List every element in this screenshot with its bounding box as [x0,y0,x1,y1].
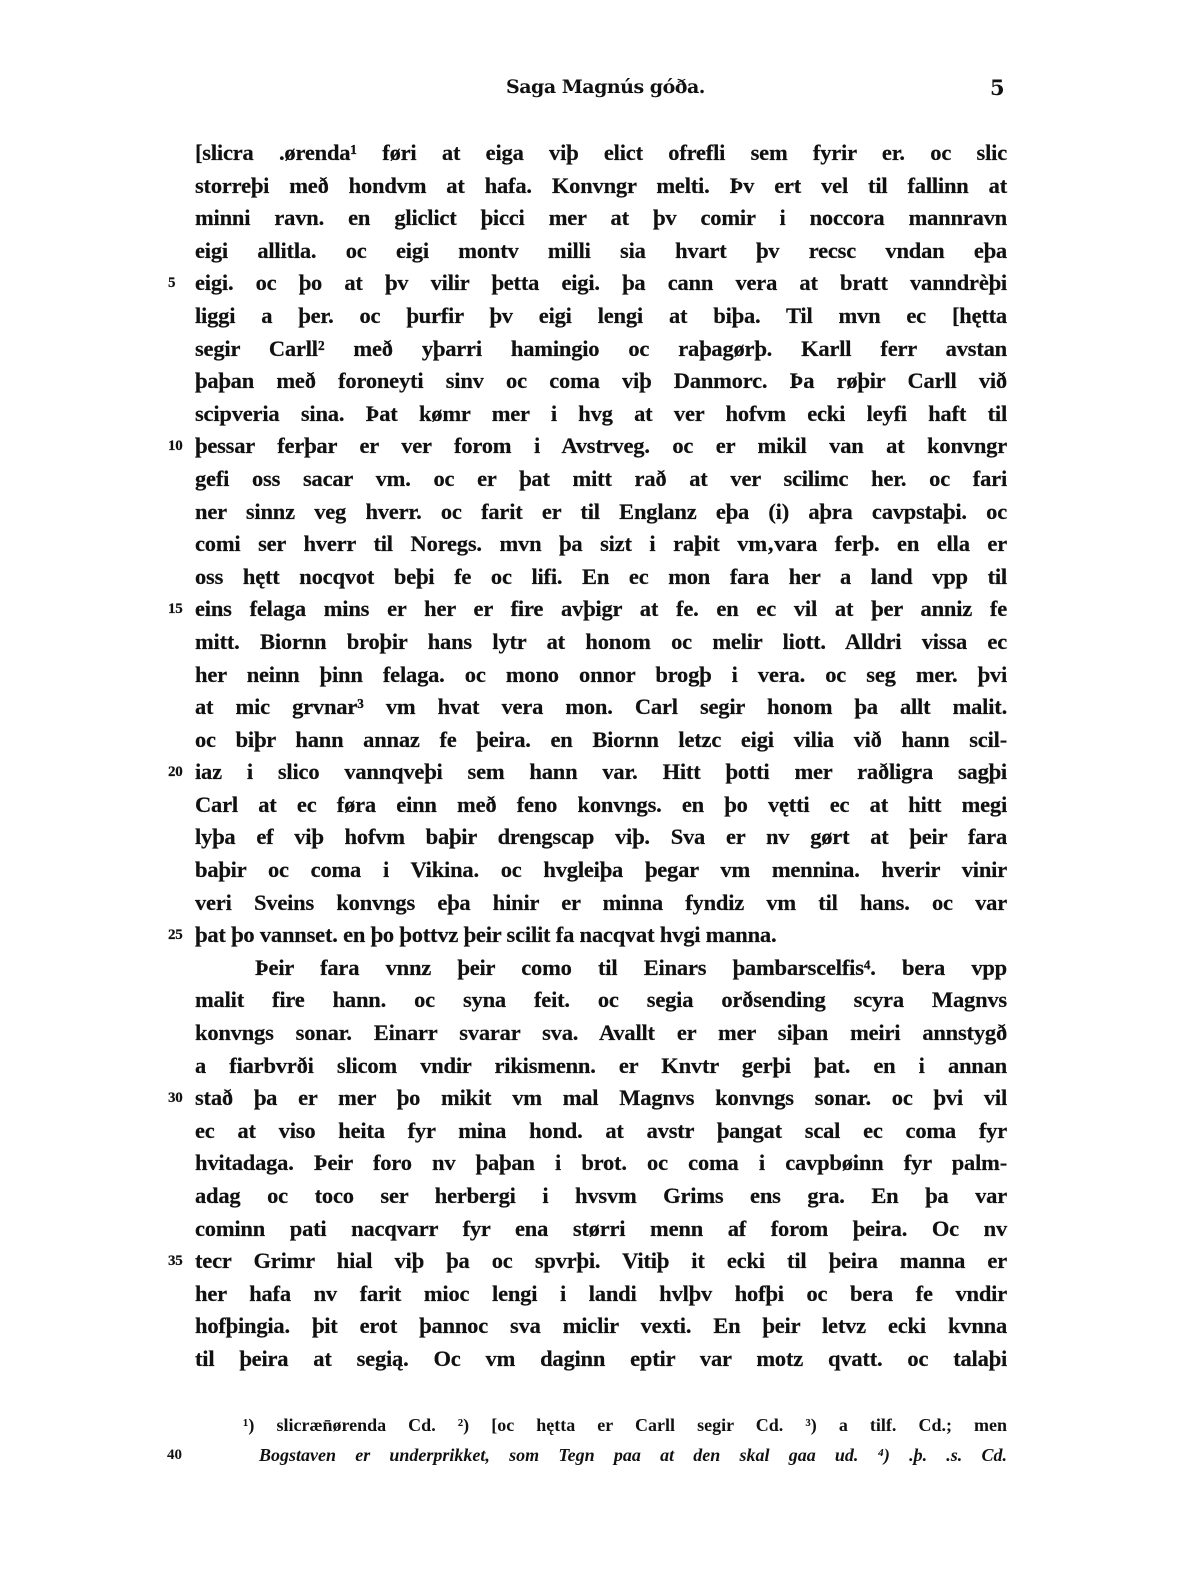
text-line: her neinn þinn felaga. oc mono onnor bro… [195,659,1007,692]
footnotes: ¹) slicræn̄ørenda Cd. ²) [oc hętta er Ca… [195,1410,1007,1470]
text-line: liggi a þer. oc þurfir þv eigi lengi at … [195,300,1007,333]
line-text: her hafa nv farit mioc lengi i landi hvl… [195,1281,1007,1306]
text-line: 35tecr Grimr hial viþ þa oc spvrþi. Viti… [195,1245,1007,1278]
text-line: scipveria sina. Þat kømr mer i hvg at ve… [195,398,1007,431]
line-text: gefi oss sacar vm. oc er þat mitt rað at… [195,466,1007,491]
text-line: 30stað þa er mer þo mikit vm mal Magnvs … [195,1082,1007,1115]
line-text: iaz i slico vannqveþi sem hann var. Hitt… [195,759,1007,784]
text-line: comi ser hverr til Noregs. mvn þa sizt i… [195,528,1007,561]
line-text: eigi. oc þo at þv vilir þetta eigi. þa c… [195,270,1007,295]
page-number: 5 [990,75,1005,100]
line-text: til þeira at segią. Oc vm daginn eptir v… [195,1346,1007,1371]
line-text: scipveria sina. Þat kømr mer i hvg at ve… [195,401,1007,426]
text-line: Carl at ec føra einn með feno konvngs. e… [195,789,1007,822]
line-text: liggi a þer. oc þurfir þv eigi lengi at … [195,303,1007,328]
footnote-text: Bogstaven er underprikket, som Tegn paa … [259,1445,1007,1465]
running-title: Saga Magnús góða. [506,76,705,98]
text-line: baþir oc coma i Vikina. oc hvgleiþa þega… [195,854,1007,887]
text-line: konvngs sonar. Einarr svarar sva. Avallt… [195,1017,1007,1050]
text-line: ec at viso heita fyr mina hond. at avstr… [195,1115,1007,1148]
line-text: eigi allitla. oc eigi montv milli sia hv… [195,238,1007,263]
page-header: Saga Magnús góða. 5 [0,76,1191,106]
text-line: 15eins felaga mins er her er fire avþigr… [195,593,1007,626]
line-text: storreþi með hondvm at hafa. Konvngr mel… [195,173,1007,198]
line-text: adag oc toco ser herbergi i hvsvm Grims … [195,1183,1007,1208]
line-text: cominn pati nacqvarr fyr ena størri menn… [195,1216,1007,1241]
text-line: a fiarbvrði slicom vndir rikismenn. er K… [195,1050,1007,1083]
text-line: 5eigi. oc þo at þv vilir þetta eigi. þa … [195,267,1007,300]
text-line: lyþa ef viþ hofvm baþir drengscap viþ. S… [195,821,1007,854]
line-text: segir Carll² með yþarri hamingio oc raþa… [195,336,1007,361]
line-text: ner sinnz veg hverr. oc farit er til Eng… [195,499,1007,524]
line-text: mitt. Biornn broþir hans lytr at honom o… [195,629,1007,654]
text-line: gefi oss sacar vm. oc er þat mitt rað at… [195,463,1007,496]
line-text: comi ser hverr til Noregs. mvn þa sizt i… [195,531,1007,556]
line-text: hofþingia. þit erot þannoc sva miclir ve… [195,1313,1007,1338]
line-number: 25 [168,919,190,952]
line-text: baþir oc coma i Vikina. oc hvgleiþa þega… [195,857,1007,882]
text-line: adag oc toco ser herbergi i hvsvm Grims … [195,1180,1007,1213]
text-line: Þeir fara vnnz þeir como til Einars þamb… [195,952,1007,985]
text-line: veri Sveins konvngs eþa hinir er minna f… [195,887,1007,920]
text-line: hvitadaga. Þeir foro nv þaþan i brot. oc… [195,1147,1007,1180]
line-text: þessar ferþar er ver forom i Avstrveg. o… [195,433,1007,458]
line-text: konvngs sonar. Einarr svarar sva. Avallt… [195,1020,1007,1045]
text-line: til þeira at segią. Oc vm daginn eptir v… [195,1343,1007,1376]
text-line: eigi allitla. oc eigi montv milli sia hv… [195,235,1007,268]
text-line: 20iaz i slico vannqveþi sem hann var. Hi… [195,756,1007,789]
text-line: 10þessar ferþar er ver forom i Avstrveg.… [195,430,1007,463]
text-line: [slicra .ørenda¹ føri at eiga viþ elict … [195,137,1007,170]
text-line: mitt. Biornn broþir hans lytr at honom o… [195,626,1007,659]
line-text: her neinn þinn felaga. oc mono onnor bro… [195,662,1007,687]
footnote-line: ¹) slicræn̄ørenda Cd. ²) [oc hętta er Ca… [195,1410,1007,1440]
line-text: veri Sveins konvngs eþa hinir er minna f… [195,890,1007,915]
text-line: minni ravn. en gliclict þicci mer at þv … [195,202,1007,235]
text-line: storreþi með hondvm at hafa. Konvngr mel… [195,170,1007,203]
line-number: 20 [168,756,190,789]
text-line: oss hętt nocqvot beþi fe oc lifi. En ec … [195,561,1007,594]
line-text: [slicra .ørenda¹ føri at eiga viþ elict … [195,140,1007,165]
line-text: þaþan með foroneyti sinv oc coma viþ Dan… [195,368,1007,393]
text-line: oc biþr hann annaz fe þeira. en Biornn l… [195,724,1007,757]
line-number: 40 [167,1440,182,1470]
text-line: malit fire hann. oc syna feit. oc segia … [195,984,1007,1017]
line-number: 15 [168,593,190,626]
line-text: stað þa er mer þo mikit vm mal Magnvs ko… [195,1085,1007,1110]
line-text: þat þo vannset. en þo þottvz þeir scilit… [195,922,776,947]
text-line: ner sinnz veg hverr. oc farit er til Eng… [195,496,1007,529]
line-text: Þeir fara vnnz þeir como til Einars þamb… [255,955,1007,980]
line-text: a fiarbvrði slicom vndir rikismenn. er K… [195,1053,1007,1078]
line-text: oc biþr hann annaz fe þeira. en Biornn l… [195,727,1007,752]
line-text: Carl at ec føra einn með feno konvngs. e… [195,792,1007,817]
line-text: eins felaga mins er her er fire avþigr a… [195,596,1007,621]
line-number: 35 [168,1245,190,1278]
line-number: 30 [168,1082,190,1115]
line-text: minni ravn. en gliclict þicci mer at þv … [195,205,1007,230]
footnote-line: 40 Bogstaven er underprikket, som Tegn p… [195,1440,1007,1470]
line-text: tecr Grimr hial viþ þa oc spvrþi. Vitiþ … [195,1248,1007,1273]
line-text: oss hętt nocqvot beþi fe oc lifi. En ec … [195,564,1007,589]
line-text: at mic grvnar³ vm hvat vera mon. Carl se… [195,694,1007,719]
line-text: hvitadaga. Þeir foro nv þaþan i brot. oc… [195,1150,1007,1175]
text-line: segir Carll² með yþarri hamingio oc raþa… [195,333,1007,366]
text-line: 25þat þo vannset. en þo þottvz þeir scil… [195,919,1007,952]
body-text: [slicra .ørenda¹ føri at eiga viþ elict … [195,137,1007,1376]
text-line: hofþingia. þit erot þannoc sva miclir ve… [195,1310,1007,1343]
line-text: ec at viso heita fyr mina hond. at avstr… [195,1118,1007,1143]
line-number: 10 [168,430,190,463]
text-line: at mic grvnar³ vm hvat vera mon. Carl se… [195,691,1007,724]
text-line: her hafa nv farit mioc lengi i landi hvl… [195,1278,1007,1311]
line-text: malit fire hann. oc syna feit. oc segia … [195,987,1007,1012]
line-text: lyþa ef viþ hofvm baþir drengscap viþ. S… [195,824,1007,849]
text-line: cominn pati nacqvarr fyr ena størri menn… [195,1213,1007,1246]
text-line: þaþan með foroneyti sinv oc coma viþ Dan… [195,365,1007,398]
line-number: 5 [168,267,190,300]
